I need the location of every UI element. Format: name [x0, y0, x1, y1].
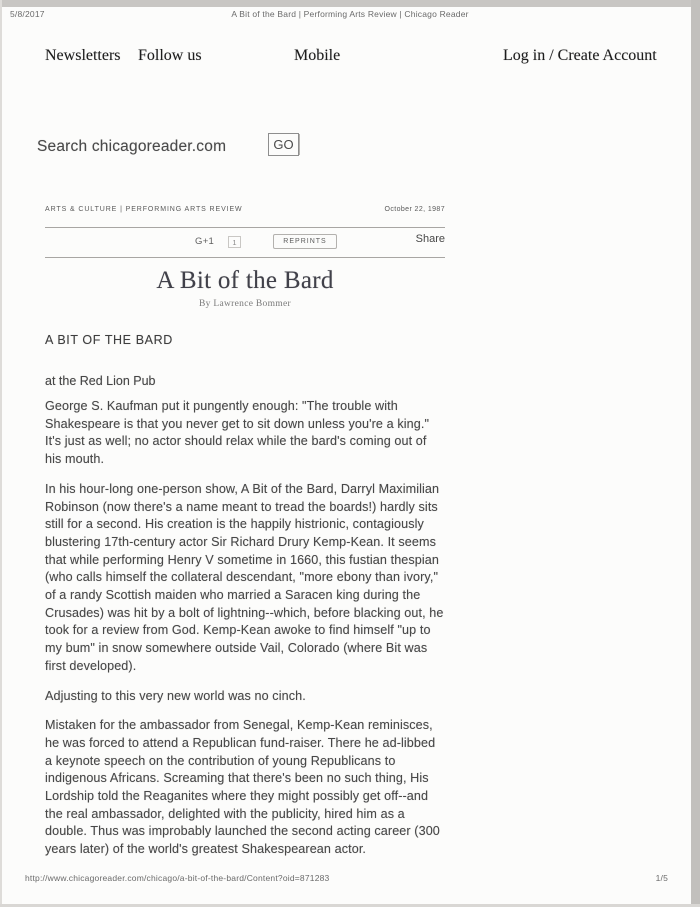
divider [45, 227, 445, 228]
article-paragraph: Mistaken for the ambassador from Senegal… [45, 717, 445, 859]
article-paragraph: Adjusting to this very new world was no … [45, 688, 445, 706]
nav-link-newsletters[interactable]: Newsletters [45, 47, 121, 65]
article-body: George S. Kaufman put it pungently enoug… [45, 398, 445, 871]
google-plus-count-badge: 1 [228, 236, 241, 248]
scan-edge-left [0, 0, 2, 907]
divider [45, 257, 445, 258]
print-header-title: A Bit of the Bard | Performing Arts Revi… [0, 9, 700, 19]
article-meta-row: ARTS & CULTURE | PERFORMING ARTS REVIEW … [45, 206, 445, 220]
article-byline: By Lawrence Bommer [45, 299, 445, 309]
breadcrumb-section[interactable]: ARTS & CULTURE | PERFORMING ARTS REVIEW [45, 206, 243, 213]
google-plus-one-button[interactable]: G+1 [195, 236, 214, 249]
nav-link-login-create-account[interactable]: Log in / Create Account [503, 47, 657, 65]
scan-edge-right [691, 0, 700, 907]
nav-link-mobile[interactable]: Mobile [294, 47, 340, 65]
print-footer-page-number: 1/5 [0, 873, 668, 883]
article-venue: at the Red Lion Pub [45, 374, 156, 388]
printed-webpage: 5/8/2017 A Bit of the Bard | Performing … [0, 0, 700, 907]
reprints-button[interactable]: REPRINTS [273, 234, 337, 249]
article-heading: A BIT OF THE BARD [45, 333, 173, 347]
article-date: October 22, 1987 [385, 206, 446, 213]
article-paragraph: In his hour-long one-person show, A Bit … [45, 481, 445, 676]
nav-link-follow-us[interactable]: Follow us [138, 47, 202, 65]
search-go-button[interactable]: GO [268, 133, 299, 156]
article-paragraph: George S. Kaufman put it pungently enoug… [45, 398, 445, 469]
share-link[interactable]: Share [416, 233, 445, 245]
scan-edge-top [0, 0, 700, 7]
article-title: A Bit of the Bard [45, 267, 445, 295]
search-input[interactable]: Search chicagoreader.com [37, 138, 226, 156]
